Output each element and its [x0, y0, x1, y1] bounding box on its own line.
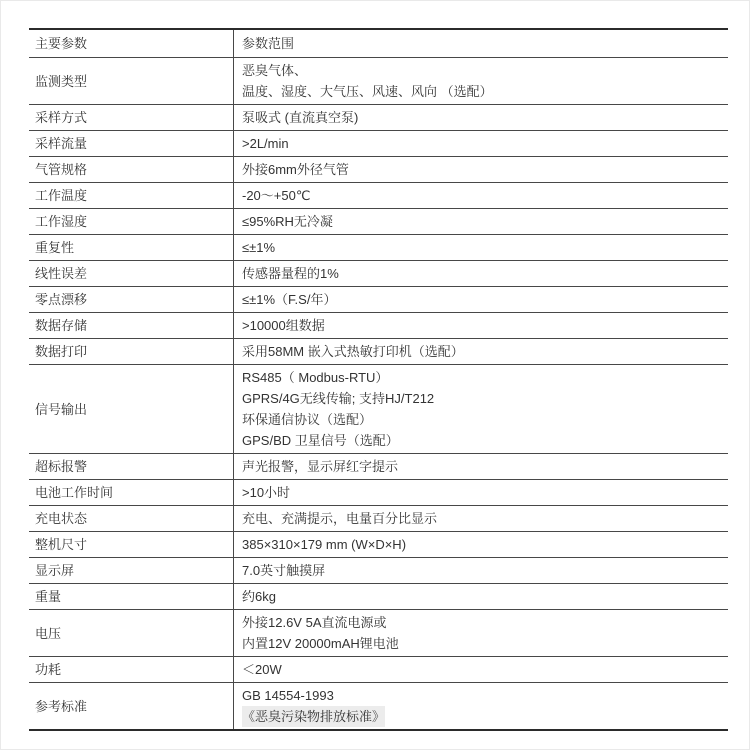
param-value: GB 14554-1993 《恶臭污染物排放标准》	[233, 683, 728, 729]
param-value: >10小时	[233, 480, 728, 505]
standard-code: GB 14554-1993	[242, 685, 334, 706]
param-name: 线性误差	[29, 261, 233, 286]
param-name: 采样流量	[29, 131, 233, 156]
table-row: 工作温度 -20～+50℃	[29, 183, 728, 209]
param-value: ≤±1%（F.S/年）	[233, 287, 728, 312]
table-row: 数据存储 >10000组数据	[29, 313, 728, 339]
param-name: 数据存储	[29, 313, 233, 338]
param-name: 参考标准	[29, 683, 233, 729]
param-name: 数据打印	[29, 339, 233, 364]
table-row: 显示屏 7.0英寸触摸屏	[29, 558, 728, 584]
table-row: 功耗 ＜20W	[29, 657, 728, 683]
param-value: 泵吸式 (直流真空泵)	[233, 105, 728, 130]
table-row: 电压 外接12.6V 5A直流电源或 内置12V 20000mAH锂电池	[29, 610, 728, 657]
param-name: 电池工作时间	[29, 480, 233, 505]
table-header-row: 主要参数 参数范围	[29, 30, 728, 58]
spec-sheet-page: 主要参数 参数范围 监测类型 恶臭气体、 温度、湿度、大气压、风速、风向 （选配…	[0, 0, 750, 750]
header-param-range: 参数范围	[233, 30, 728, 57]
table-row: 采样流量 >2L/min	[29, 131, 728, 157]
param-value: ≤95%RH无冷凝	[233, 209, 728, 234]
param-name: 工作温度	[29, 183, 233, 208]
param-name: 重复性	[29, 235, 233, 260]
param-value: RS485（ Modbus-RTU） GPRS/4G无线传输; 支持HJ/T21…	[233, 365, 728, 453]
param-value: 约6kg	[233, 584, 728, 609]
table-row: 监测类型 恶臭气体、 温度、湿度、大气压、风速、风向 （选配）	[29, 58, 728, 105]
param-value: 外接6mm外径气管	[233, 157, 728, 182]
table-row: 充电状态 充电、充满提示，电量百分比显示	[29, 506, 728, 532]
table-row: 气管规格 外接6mm外径气管	[29, 157, 728, 183]
param-name: 工作湿度	[29, 209, 233, 234]
param-value: 外接12.6V 5A直流电源或 内置12V 20000mAH锂电池	[233, 610, 728, 656]
param-value: ≤±1%	[233, 235, 728, 260]
param-name: 重量	[29, 584, 233, 609]
table-row: 线性误差 传感器量程的1%	[29, 261, 728, 287]
param-value: ＜20W	[233, 657, 728, 682]
param-value: 恶臭气体、 温度、湿度、大气压、风速、风向 （选配）	[233, 58, 728, 104]
param-name: 功耗	[29, 657, 233, 682]
param-name: 监测类型	[29, 58, 233, 104]
param-value: 采用58MM 嵌入式热敏打印机（选配）	[233, 339, 728, 364]
param-value: -20～+50℃	[233, 183, 728, 208]
table-row: 电池工作时间 >10小时	[29, 480, 728, 506]
table-row: 重复性 ≤±1%	[29, 235, 728, 261]
table-row: 参考标准 GB 14554-1993 《恶臭污染物排放标准》	[29, 683, 728, 729]
table-row: 信号输出 RS485（ Modbus-RTU） GPRS/4G无线传输; 支持H…	[29, 365, 728, 454]
table-row: 工作湿度 ≤95%RH无冷凝	[29, 209, 728, 235]
param-value: >10000组数据	[233, 313, 728, 338]
param-name: 零点漂移	[29, 287, 233, 312]
param-value: 充电、充满提示，电量百分比显示	[233, 506, 728, 531]
standard-title-highlighted: 《恶臭污染物排放标准》	[242, 706, 385, 727]
table-row: 数据打印 采用58MM 嵌入式热敏打印机（选配）	[29, 339, 728, 365]
param-name: 充电状态	[29, 506, 233, 531]
param-value: 7.0英寸触摸屏	[233, 558, 728, 583]
table-row: 采样方式 泵吸式 (直流真空泵)	[29, 105, 728, 131]
param-name: 气管规格	[29, 157, 233, 182]
header-param-name: 主要参数	[29, 30, 233, 57]
param-name: 信号输出	[29, 365, 233, 453]
table-row: 整机尺寸 385×310×179 mm (W×D×H)	[29, 532, 728, 558]
param-name: 电压	[29, 610, 233, 656]
param-name: 整机尺寸	[29, 532, 233, 557]
specification-table: 主要参数 参数范围 监测类型 恶臭气体、 温度、湿度、大气压、风速、风向 （选配…	[29, 28, 728, 731]
param-value: >2L/min	[233, 131, 728, 156]
table-row: 零点漂移 ≤±1%（F.S/年）	[29, 287, 728, 313]
param-name: 超标报警	[29, 454, 233, 479]
param-value: 传感器量程的1%	[233, 261, 728, 286]
param-name: 采样方式	[29, 105, 233, 130]
param-name: 显示屏	[29, 558, 233, 583]
param-value: 385×310×179 mm (W×D×H)	[233, 532, 728, 557]
table-row: 重量 约6kg	[29, 584, 728, 610]
table-row: 超标报警 声光报警，显示屏红字提示	[29, 454, 728, 480]
param-value: 声光报警，显示屏红字提示	[233, 454, 728, 479]
